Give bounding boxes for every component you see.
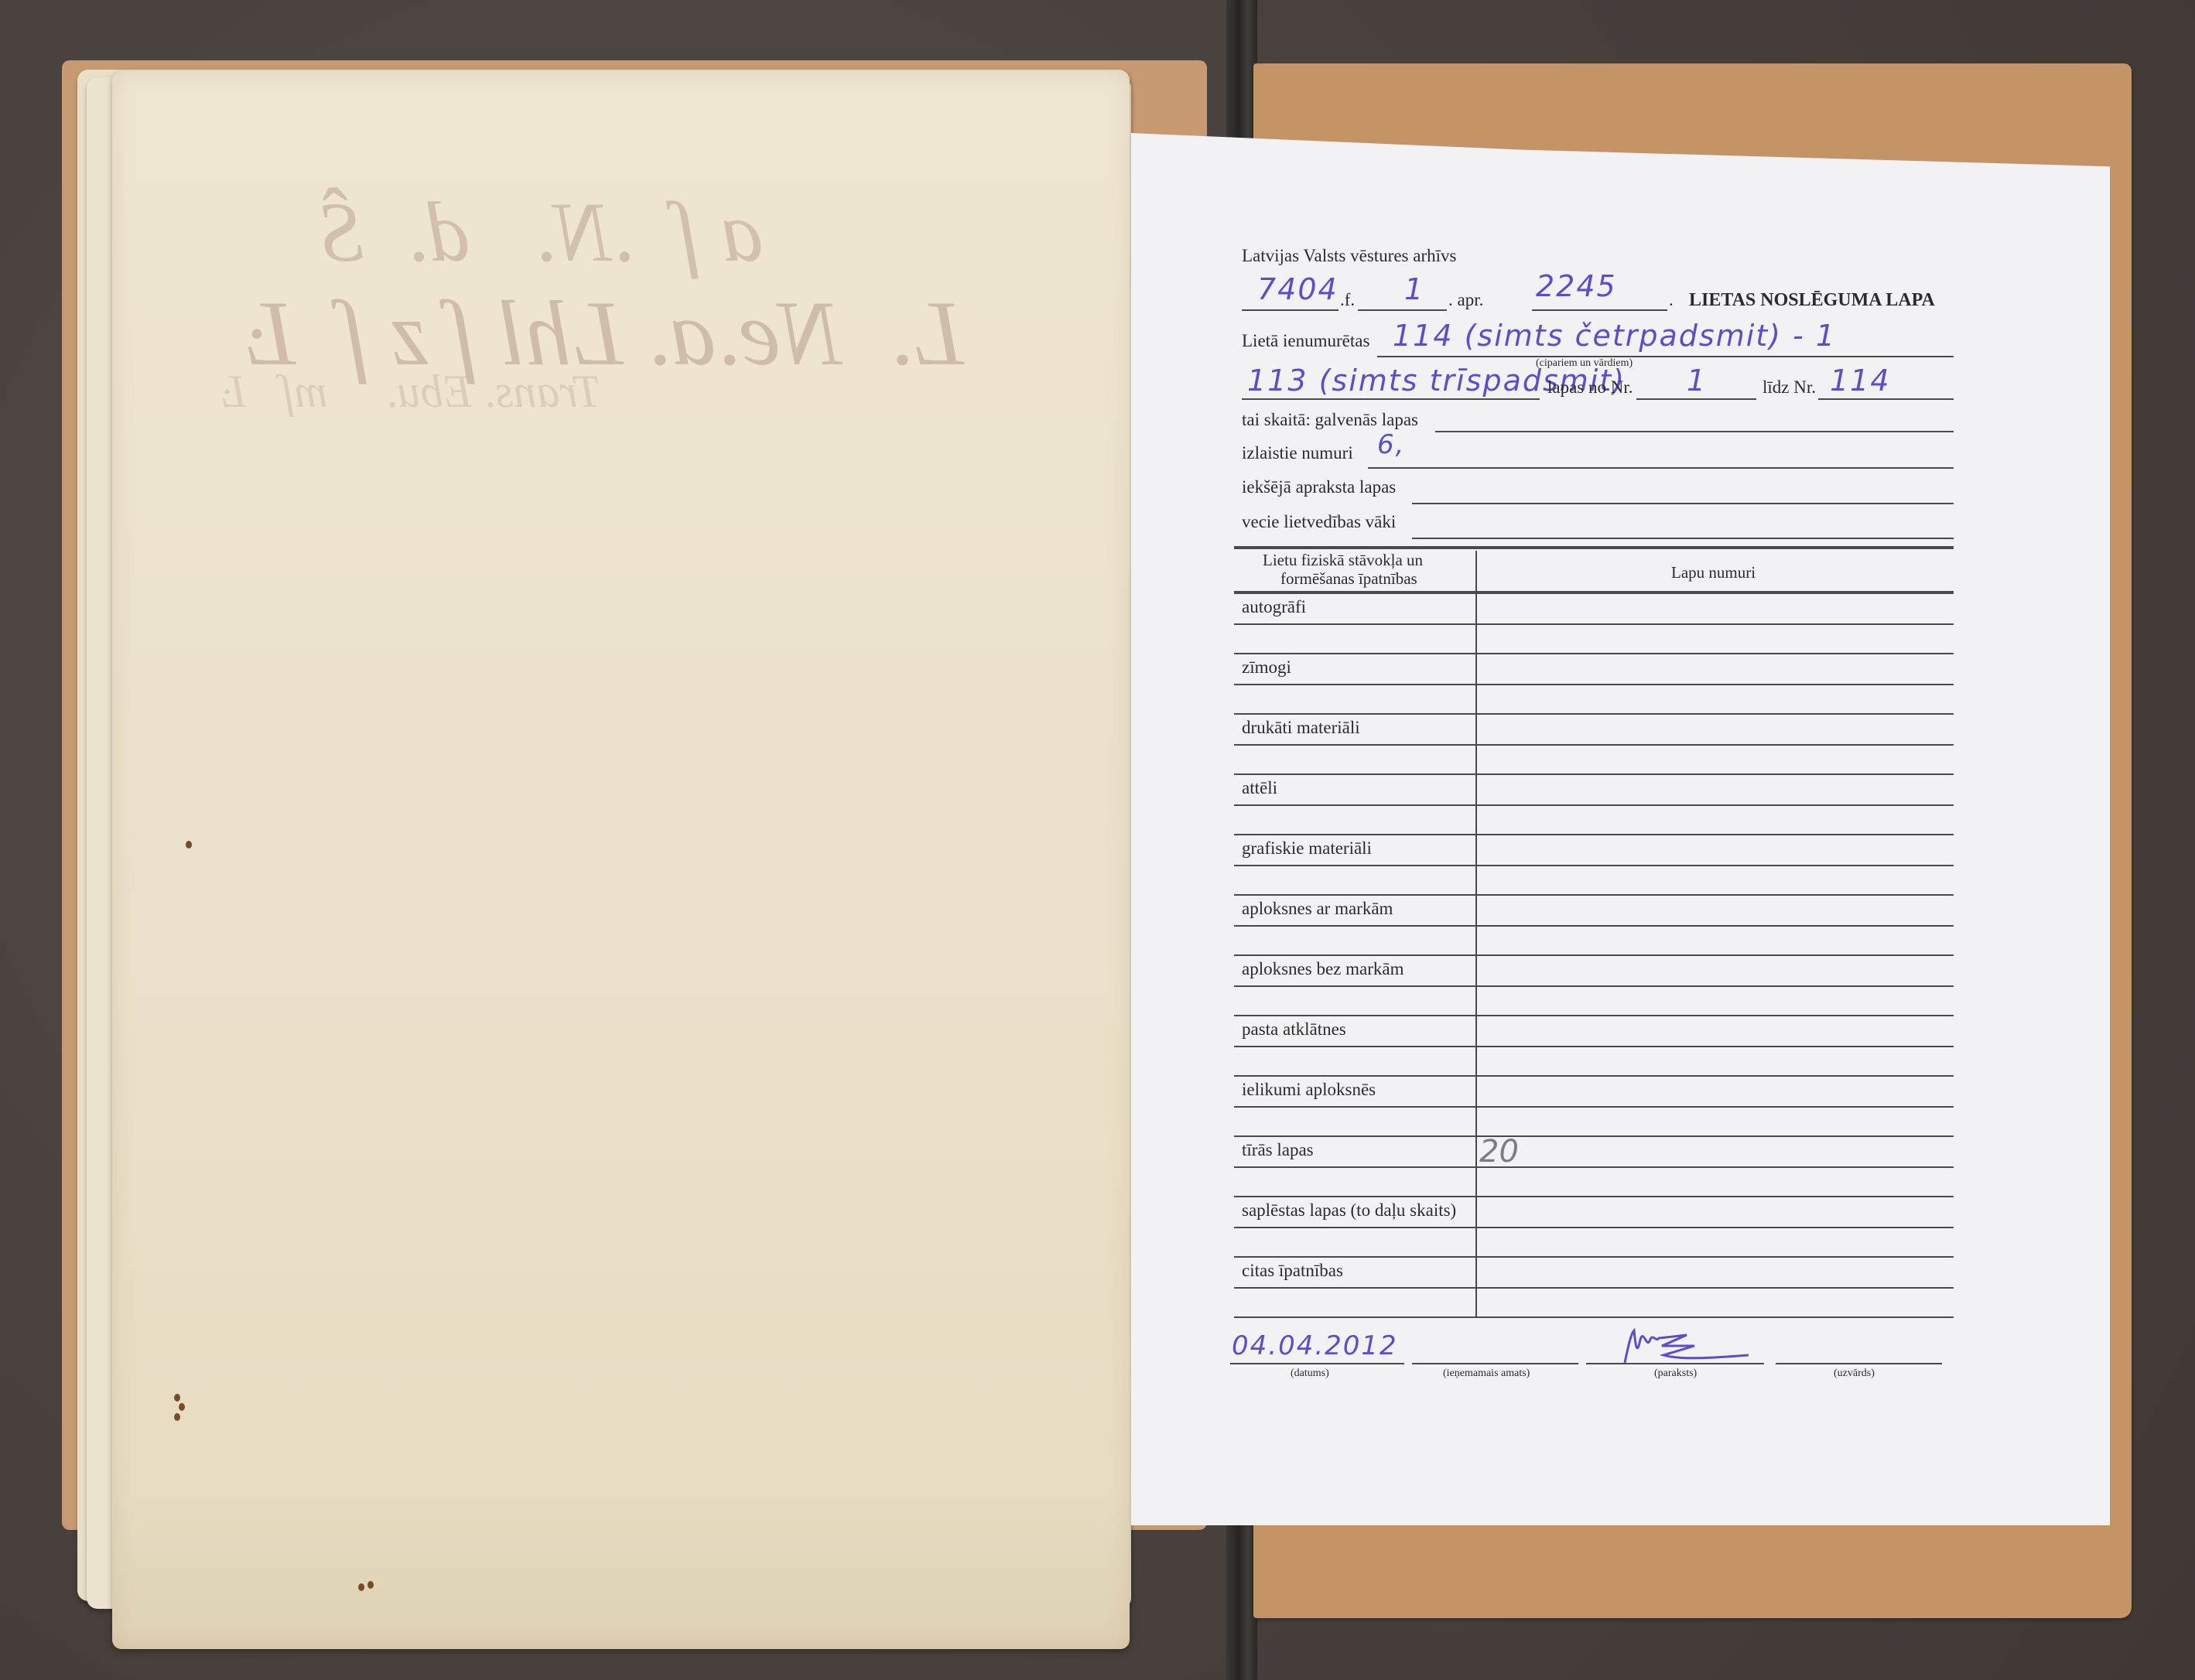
pages-from-label: lapas no Nr. — [1547, 377, 1633, 398]
table-row-label: pasta atklātnes — [1242, 1019, 1346, 1040]
numbered-value-line1: 114 (simts četrpadsmit) - 1 — [1393, 319, 1836, 353]
ink-bleed-through: a ſ .N. d. Ŝ — [321, 183, 763, 282]
file-value: 2245 — [1536, 269, 1617, 303]
sheet-title: LIETAS NOSLĒGUMA LAPA — [1689, 290, 1935, 311]
numbered-underline — [1377, 356, 1954, 357]
table-row-divider — [1234, 1015, 1954, 1016]
table-row-value: 20 — [1479, 1134, 1519, 1170]
field-line — [1435, 431, 1954, 432]
table-row-divider — [1234, 1075, 1954, 1077]
pages-from-underline — [1636, 398, 1756, 400]
inventory-underline — [1358, 309, 1447, 311]
table-row-label: citas īpatnības — [1242, 1261, 1343, 1281]
foxing-spot — [179, 1403, 185, 1411]
table-row-label: aploksnes ar markām — [1242, 899, 1393, 919]
table-row-label: aploksnes bez markām — [1242, 959, 1404, 979]
foxing-spot — [368, 1581, 374, 1589]
table-row-divider — [1234, 1316, 1954, 1318]
field-line — [1412, 503, 1954, 504]
signature-underline — [1586, 1363, 1764, 1364]
omitted-numbers-value: 6, — [1377, 429, 1405, 460]
table-row-label: grafiskie materiāli — [1242, 838, 1372, 859]
table-row-divider — [1234, 954, 1954, 956]
table-header-border — [1234, 591, 1954, 594]
position-underline — [1412, 1363, 1578, 1364]
pages-from-value: 1 — [1687, 364, 1707, 398]
table-row-divider — [1234, 1196, 1954, 1197]
date-underline — [1230, 1363, 1404, 1364]
numbered-label: Lietā ienumurētas — [1242, 331, 1369, 351]
table-row-divider — [1234, 1256, 1954, 1258]
date-value: 04.04.2012 — [1232, 1330, 1398, 1361]
table-row-divider — [1234, 894, 1954, 896]
table-row-label: zīmogi — [1242, 657, 1291, 678]
fonds-label: .f. — [1340, 290, 1355, 310]
field-label-omitted-numbers: izlaistie numuri — [1242, 443, 1353, 463]
table-column-divider — [1475, 551, 1477, 1318]
table-row-label: ielikumi aploksnēs — [1242, 1080, 1376, 1100]
table-row-divider — [1234, 985, 1954, 987]
file-underline — [1532, 309, 1667, 311]
table-row-divider — [1234, 1046, 1954, 1047]
field-label-old-covers: vecie lietvedības vāki — [1242, 512, 1396, 532]
table-row-divider — [1234, 713, 1954, 715]
field-line — [1368, 467, 1954, 469]
surname-label: (uzvārds) — [1834, 1368, 1875, 1380]
foxing-spot — [358, 1583, 364, 1591]
table-row-divider — [1234, 1135, 1954, 1137]
field-label-main-pages: tai skaitā: galvenās lapas — [1242, 410, 1418, 430]
table-row-divider — [1234, 653, 1954, 654]
table-row-divider — [1234, 1227, 1954, 1228]
foxing-spot — [174, 1413, 180, 1421]
fonds-value: 7404 — [1257, 272, 1339, 306]
old-blank-page: a ſ .N. d. Ŝ L. Ne.a. Lhl ſ z ſ Ŀ Trans.… — [112, 71, 1130, 1649]
table-row-label: saplēstas lapas (to daļu skaits) — [1242, 1200, 1456, 1221]
table-row-label: tīrās lapas — [1242, 1140, 1314, 1160]
table-header-col1-line2: formēšanas īpatnības — [1280, 569, 1417, 589]
inventory-label: . apr. — [1448, 290, 1483, 310]
file-label: . — [1669, 290, 1674, 310]
table-row-divider — [1234, 925, 1954, 927]
table-row-divider — [1234, 1106, 1954, 1108]
fonds-underline — [1242, 309, 1339, 311]
table-row-divider — [1234, 865, 1954, 866]
table-row-label: drukāti materiāli — [1242, 718, 1360, 738]
pages-to-value: 114 — [1830, 364, 1891, 398]
pages-to-label: līdz Nr. — [1762, 377, 1816, 398]
ink-bleed-through: Trans. Ebu. mſ Ŀ — [221, 365, 601, 418]
signature-label: (paraksts) — [1654, 1368, 1697, 1380]
field-line — [1412, 538, 1954, 539]
table-row-divider — [1234, 1166, 1954, 1168]
numbered-line2-underline — [1242, 398, 1540, 400]
position-label: (ieņemamais amats) — [1443, 1368, 1530, 1380]
table-row-divider — [1234, 744, 1954, 746]
field-label-internal-description: iekšējā apraksta lapas — [1242, 477, 1396, 497]
archive-name: Latvijas Valsts vēstures arhīvs — [1242, 246, 1456, 266]
table-row-divider — [1234, 773, 1954, 775]
inventory-value: 1 — [1404, 272, 1424, 306]
date-label: (datums) — [1291, 1368, 1329, 1380]
table-row-divider — [1234, 804, 1954, 806]
table-top-border — [1234, 546, 1954, 549]
table-row-divider — [1234, 834, 1954, 835]
pages-to-underline — [1818, 398, 1954, 400]
table-row-label: autogrāfi — [1242, 597, 1306, 617]
table-row-label: attēli — [1242, 778, 1277, 798]
table-row-divider — [1234, 1287, 1954, 1289]
table-row-divider — [1234, 684, 1954, 685]
foxing-spot — [186, 841, 192, 849]
table-header-col2: Lapu numuri — [1671, 563, 1756, 582]
foxing-spot — [174, 1394, 180, 1402]
table-header-col1-line1: Lietu fiziskā stāvokļa un — [1263, 551, 1423, 570]
table-row-divider — [1234, 623, 1954, 625]
surname-underline — [1776, 1363, 1942, 1364]
